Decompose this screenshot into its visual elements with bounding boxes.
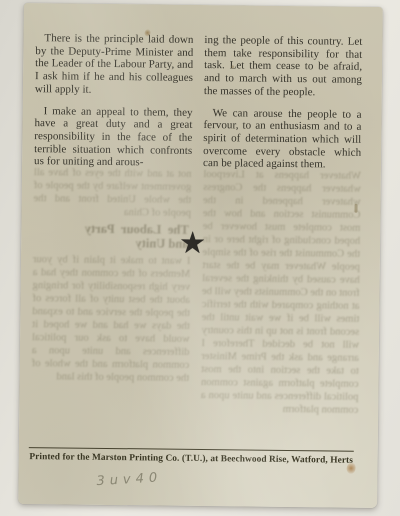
ghost-showthrough-layer: Whatever happens at Liverpool whatever h… [31, 166, 361, 453]
text-column-left: There is the principle laid down by the … [34, 32, 194, 179]
ghost-text-block: Whatever happens at Liverpool whatever h… [201, 169, 361, 416]
body-paragraph: ing the people of this country. Let them… [204, 34, 363, 99]
ghost-text-column-left: not at and with the eyes of have all gov… [31, 166, 192, 451]
star-icon: ★ [179, 229, 206, 259]
text-column-right: ing the people of this country. Let them… [203, 34, 363, 181]
imprint-text: Printed for the Marston Printing Co. (T.… [29, 452, 353, 466]
ghost-text-column-right: Whatever happens at Liverpool whatever h… [200, 168, 361, 453]
ghost-heading: The Labour Party and Unity [85, 222, 189, 251]
printer-imprint: Printed for the Marston Printing Co. (T.… [29, 447, 354, 466]
leaflet-page: Whatever happens at Liverpool whatever h… [18, 3, 383, 508]
text-columns: There is the principle laid down by the … [34, 32, 363, 181]
body-paragraph: There is the principle laid down by the … [35, 32, 194, 97]
handwritten-catalog-mark: 3uv40 [96, 470, 163, 489]
photo-background: Whatever happens at Liverpool whatever h… [0, 0, 400, 516]
body-paragraph: I make an appeal to them, they have a gr… [34, 105, 193, 170]
body-paragraph: We can arouse the people to a fervour, t… [203, 107, 362, 172]
ghost-text-block: I want to make it plain if by your Membe… [32, 253, 191, 385]
